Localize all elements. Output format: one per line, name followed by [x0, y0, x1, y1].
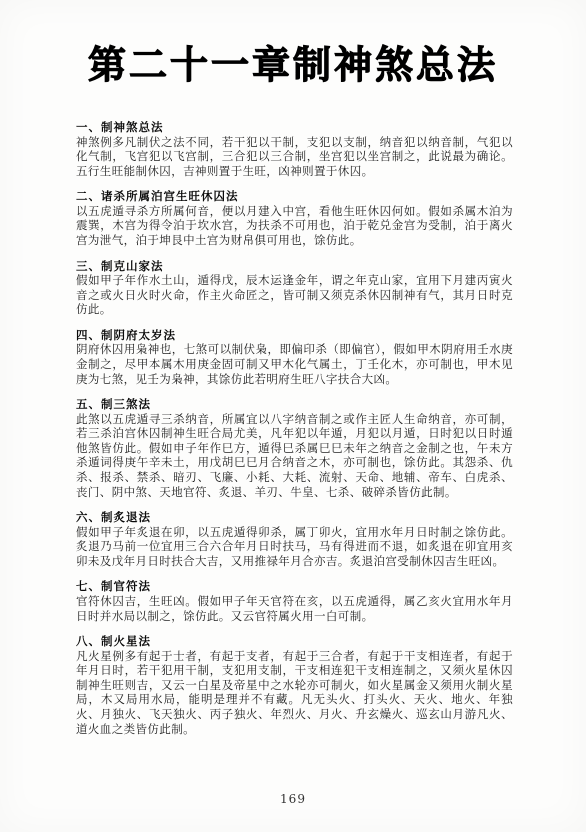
section-body: 阴府休囚用枭神也，七煞可以制伏枭，即偏印杀（即偏官），假如甲木阴府用壬水庚金制之…: [76, 342, 513, 386]
section-body: 凡火星例多有起于士者，有起于支者，有起于三合者，有起于干支相连者，有起于年月日时…: [76, 649, 513, 737]
section-8: 八、制火星法 凡火星例多有起于士者，有起于支者，有起于三合者，有起于干支相连者，…: [76, 634, 513, 736]
section-4: 四、制阴府太岁法 阴府休囚用枭神也，七煞可以制伏枭，即偏印杀（即偏官），假如甲木…: [76, 328, 513, 386]
chapter-title: 第二十一章制神煞总法: [0, 34, 586, 89]
section-heading: 四、制阴府太岁法: [76, 328, 513, 343]
section-5: 五、制三煞法 此煞以五虎遁寻三杀纳音，所属宜以八字纳音制之或作主匠人生命纳音，亦…: [76, 397, 513, 499]
page-content: 一、制神煞总法 神煞例多凡制伏之法不同，若干犯以干制，支犯以支制，纳音犯以纳音制…: [76, 120, 513, 747]
section-heading: 八、制火星法: [76, 634, 513, 649]
section-body: 假如甲子年作水土山，遁得戊，辰木运逢金年，谓之年克山家，宜用下月建丙寅火音之或火…: [76, 273, 513, 317]
section-heading: 七、制官符法: [76, 579, 513, 594]
page-number: 169: [0, 792, 586, 806]
section-body: 神煞例多凡制伏之法不同，若干犯以干制，支犯以支制，纳音犯以纳音制，气犯以化气制，…: [76, 135, 513, 179]
section-heading: 六、制炙退法: [76, 510, 513, 525]
section-7: 七、制官符法 官符休囚吉，生旺凶。假如甲子年天官符在亥，以五虎遁得，属乙亥火宜用…: [76, 579, 513, 623]
section-1: 一、制神煞总法 神煞例多凡制伏之法不同，若干犯以干制，支犯以支制，纳音犯以纳音制…: [76, 120, 513, 178]
section-body: 此煞以五虎遁寻三杀纳音，所属宜以八字纳音制之或作主匠人生命纳音，亦可制，若三杀泊…: [76, 412, 513, 500]
section-heading: 二、诸杀所属泊宫生旺休囚法: [76, 189, 513, 204]
section-body: 官符休囚吉，生旺凶。假如甲子年天官符在亥，以五虎遁得，属乙亥火宜用水年月日时并水…: [76, 594, 513, 623]
section-heading: 三、制克山家法: [76, 259, 513, 274]
section-2: 二、诸杀所属泊宫生旺休囚法 以五虎遁寻杀方所属何音，便以月建入中宫，看他生旺休囚…: [76, 189, 513, 247]
section-body: 假如甲子年炙退在卯，以五虎遁得卯杀，属丁卯火，宜用水年月日时制之馀仿此。炙退乃马…: [76, 525, 513, 569]
section-3: 三、制克山家法 假如甲子年作水土山，遁得戊，辰木运逢金年，谓之年克山家，宜用下月…: [76, 259, 513, 317]
section-body: 以五虎遁寻杀方所属何音，便以月建入中宫，看他生旺休囚何如。假如杀属木泊为震巽，木…: [76, 204, 513, 248]
section-6: 六、制炙退法 假如甲子年炙退在卯，以五虎遁得卯杀，属丁卯火，宜用水年月日时制之馀…: [76, 510, 513, 568]
section-heading: 五、制三煞法: [76, 397, 513, 412]
section-heading: 一、制神煞总法: [76, 120, 513, 135]
document-page: 第二十一章制神煞总法 一、制神煞总法 神煞例多凡制伏之法不同，若干犯以干制，支犯…: [0, 0, 586, 832]
